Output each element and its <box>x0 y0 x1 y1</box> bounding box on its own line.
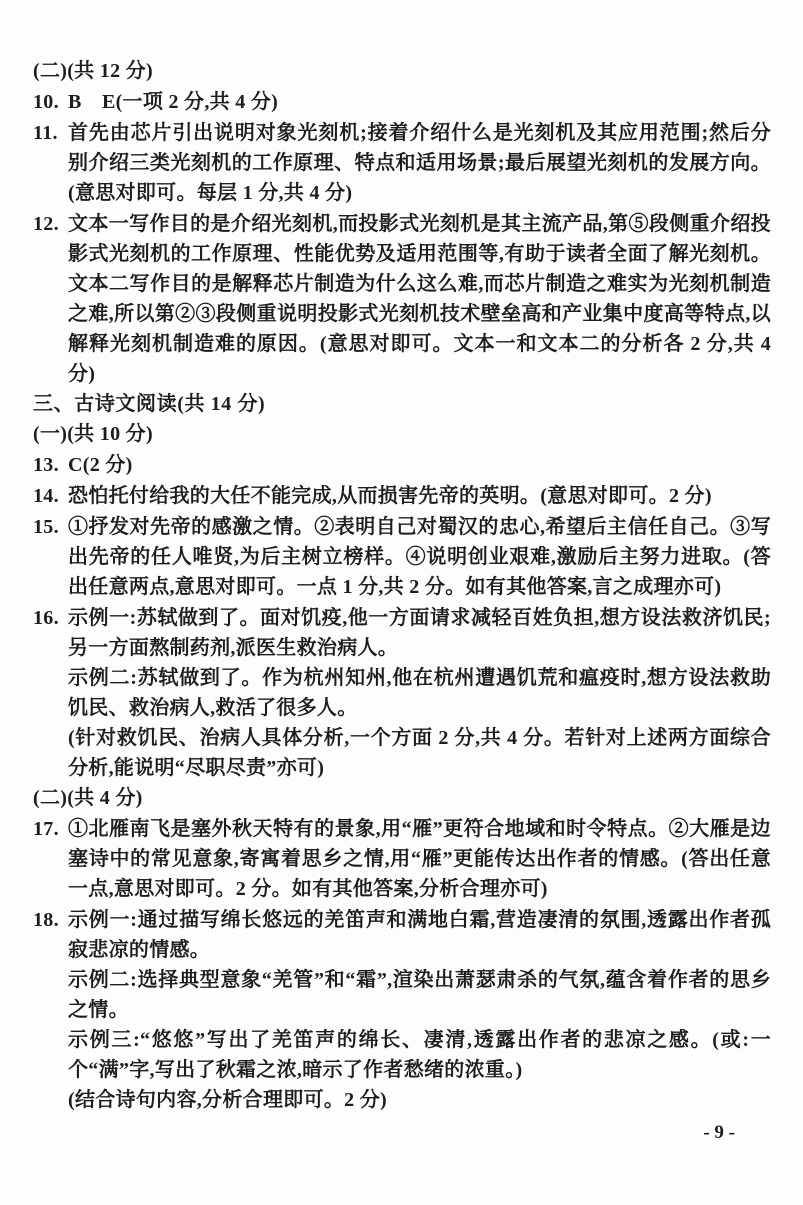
answer-item-14: 14. 恐怕托付给我的大任不能完成,从而损害先帝的英明。(意思对即可。2 分) <box>33 481 771 511</box>
answer-text-scoring-note: (结合诗句内容,分析合理即可。2 分) <box>68 1085 771 1115</box>
answer-item-11: 11. 首先由芯片引出说明对象光刻机;接着介绍什么是光刻机及其应用范围;然后分别… <box>33 118 771 208</box>
answer-body: C(2 分) <box>68 450 771 480</box>
answer-text: 文本一写作目的是介绍光刻机,而投影式光刻机是其主流产品,第⑤段侧重介绍投影式光刻… <box>68 209 771 389</box>
subsection-heading-part2b: (二)(共 4 分) <box>33 783 771 813</box>
answer-body: B E(一项 2 分,共 4 分) <box>68 87 771 117</box>
item-number: 10. <box>33 87 68 117</box>
subsection-heading-part1: (一)(共 10 分) <box>33 419 771 449</box>
item-number: 16. <box>33 603 68 633</box>
answer-item-13: 13. C(2 分) <box>33 450 771 480</box>
answer-text-scoring-note: (针对救饥民、治病人具体分析,一个方面 2 分,共 4 分。若针对上述两方面综合… <box>68 723 771 783</box>
answer-text-example2: 示例二:苏轼做到了。作为杭州知州,他在杭州遭遇饥荒和瘟疫时,想方设法救助饥民、救… <box>68 663 771 723</box>
answer-text: C(2 分) <box>68 450 771 480</box>
answer-body: 恐怕托付给我的大任不能完成,从而损害先帝的英明。(意思对即可。2 分) <box>68 481 771 511</box>
answer-key-page: (二)(共 12 分) 10. B E(一项 2 分,共 4 分) 11. 首先… <box>0 0 803 1205</box>
answer-key-content: (二)(共 12 分) 10. B E(一项 2 分,共 4 分) 11. 首先… <box>33 56 771 1115</box>
answer-item-12: 12. 文本一写作目的是介绍光刻机,而投影式光刻机是其主流产品,第⑤段侧重介绍投… <box>33 209 771 389</box>
answer-item-17: 17. ①北雁南飞是塞外秋天特有的景象,用“雁”更符合地域和时令特点。②大雁是边… <box>33 814 771 904</box>
answer-item-18: 18. 示例一:通过描写绵长悠远的羌笛声和满地白霜,营造凄清的氛围,透露出作者孤… <box>33 905 771 1115</box>
answer-text: 首先由芯片引出说明对象光刻机;接着介绍什么是光刻机及其应用范围;然后分别介绍三类… <box>68 118 771 208</box>
item-number: 15. <box>33 512 68 542</box>
item-number: 14. <box>33 481 68 511</box>
answer-text: ①北雁南飞是塞外秋天特有的景象,用“雁”更符合地域和时令特点。②大雁是边塞诗中的… <box>68 814 771 904</box>
answer-text-example1: 示例一:苏轼做到了。面对饥疫,他一方面请求减轻百姓负担,想方设法救济饥民;另一方… <box>68 603 771 663</box>
item-number: 13. <box>33 450 68 480</box>
answer-text-example2: 示例二:选择典型意象“羌管”和“霜”,渲染出萧瑟肃杀的气氛,蕴含着作者的思乡之情… <box>68 965 771 1025</box>
item-number: 12. <box>33 209 68 239</box>
answer-item-10: 10. B E(一项 2 分,共 4 分) <box>33 87 771 117</box>
answer-body: 文本一写作目的是介绍光刻机,而投影式光刻机是其主流产品,第⑤段侧重介绍投影式光刻… <box>68 209 771 389</box>
answer-item-16: 16. 示例一:苏轼做到了。面对饥疫,他一方面请求减轻百姓负担,想方设法救济饥民… <box>33 603 771 783</box>
item-number: 18. <box>33 905 68 935</box>
page-number: - 9 - <box>703 1122 735 1144</box>
item-number: 17. <box>33 814 68 844</box>
answer-body: 首先由芯片引出说明对象光刻机;接着介绍什么是光刻机及其应用范围;然后分别介绍三类… <box>68 118 771 208</box>
answer-body: 示例一:苏轼做到了。面对饥疫,他一方面请求减轻百姓负担,想方设法救济饥民;另一方… <box>68 603 771 783</box>
answer-text: ①抒发对先帝的感激之情。②表明自己对蜀汉的忠心,希望后主信任自己。③写出先帝的任… <box>68 512 771 602</box>
answer-text: 恐怕托付给我的大任不能完成,从而损害先帝的英明。(意思对即可。2 分) <box>68 481 771 511</box>
answer-text-example1: 示例一:通过描写绵长悠远的羌笛声和满地白霜,营造凄清的氛围,透露出作者孤寂悲凉的… <box>68 905 771 965</box>
item-number: 11. <box>33 118 68 148</box>
section-heading-part3: 三、古诗文阅读(共 14 分) <box>33 389 771 419</box>
answer-item-15: 15. ①抒发对先帝的感激之情。②表明自己对蜀汉的忠心,希望后主信任自己。③写出… <box>33 512 771 602</box>
subsection-heading-part2: (二)(共 12 分) <box>33 56 771 86</box>
answer-body: ①北雁南飞是塞外秋天特有的景象,用“雁”更符合地域和时令特点。②大雁是边塞诗中的… <box>68 814 771 904</box>
answer-text: B E(一项 2 分,共 4 分) <box>68 87 771 117</box>
answer-body: 示例一:通过描写绵长悠远的羌笛声和满地白霜,营造凄清的氛围,透露出作者孤寂悲凉的… <box>68 905 771 1115</box>
answer-body: ①抒发对先帝的感激之情。②表明自己对蜀汉的忠心,希望后主信任自己。③写出先帝的任… <box>68 512 771 602</box>
answer-text-example3: 示例三:“悠悠”写出了羌笛声的绵长、凄清,透露出作者的悲凉之感。(或:一个“满”… <box>68 1025 771 1085</box>
